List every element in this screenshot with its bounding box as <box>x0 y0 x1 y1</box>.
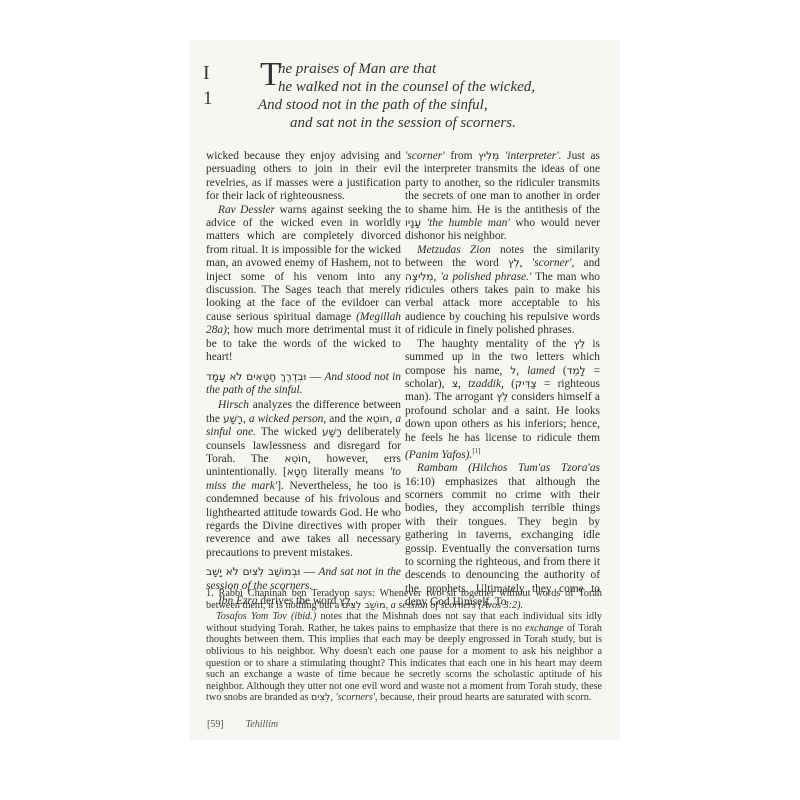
verse-line: he praises of Man are that <box>258 60 588 78</box>
hebrew-text: לֵץ <box>496 391 508 403</box>
text: lamed <box>527 365 555 377</box>
text: because, their proud hearts are saturate… <box>378 692 592 703</box>
text: , <box>516 365 527 377</box>
text: 'a polished phrase.' <box>440 271 531 283</box>
text: , <box>458 378 468 390</box>
text: 'scorner' <box>405 150 445 162</box>
paragraph: The haughty mentality of the לֵץ is summ… <box>405 338 600 462</box>
hebrew-text: צַדִּיק <box>515 378 537 390</box>
text: from <box>445 150 478 162</box>
hebrew-text: וּבְמוֹשַׁב לֵצִים לֹא יָשָׁב <box>206 566 300 578</box>
text: The haughty mentality of the <box>417 338 574 350</box>
text: and <box>574 257 600 269</box>
author-name: Rav Dessler <box>218 204 275 216</box>
footnote: 1. Rabbi Chaninah ben Teradyon says: Whe… <box>206 588 602 704</box>
footnote-paragraph: Tosafos Yom Tov (ibid.) notes that the M… <box>206 611 602 704</box>
verse-number: 1 <box>203 88 213 110</box>
text: 'scorner', <box>532 257 575 269</box>
text: 'the humble man' <box>421 217 510 229</box>
paragraph: 'scorner' from מֵלִיץ 'interpreter'. Jus… <box>405 150 600 244</box>
hebrew-text: רָשָׁע <box>223 413 243 425</box>
footnote-reference[interactable]: [1] <box>472 447 480 455</box>
paragraph: Hirsch analyzes the difference between t… <box>206 399 401 560</box>
hebrew-text: חוֹטֵא <box>284 453 308 465</box>
text: 'scorners', <box>336 692 378 703</box>
hebrew-text: מְלִיצָה <box>405 271 434 283</box>
text: exchange <box>525 623 563 634</box>
paragraph: Metzudas Zion notes the similarity betwe… <box>405 244 600 338</box>
author-name: Metzudas Zion <box>417 244 491 256</box>
hebrew-text: לֵץ <box>508 257 520 269</box>
text: of Torah thoughts between them. This imp… <box>206 623 602 704</box>
verse-line: he walked not in the counsel of the wick… <box>258 78 588 96</box>
footnote-paragraph: 1. Rabbi Chaninah ben Teradyon says: Whe… <box>206 588 602 611</box>
text: ( <box>555 365 567 377</box>
text: a session of scorners (Avos 3:2). <box>391 600 523 611</box>
hebrew-text: לֵץ <box>574 338 586 350</box>
paragraph: Rav Dessler warns against seeking the ad… <box>206 204 401 365</box>
hebrew-text: מוֹשַׁב לֵצִים <box>342 600 386 611</box>
text: — <box>300 566 318 578</box>
verse-line: And stood not in the path of the sinful, <box>258 96 588 114</box>
author-name: Rambam (Hilchos Tum'as Tzora'as <box>417 462 600 474</box>
text: , <box>520 257 532 269</box>
text: literally means <box>307 466 389 478</box>
text: warns against seeking the advice of the … <box>206 204 401 323</box>
text: 'interpreter'. <box>499 150 561 162</box>
commentary-column-right: 'scorner' from מֵלִיץ 'interpreter'. Jus… <box>405 150 600 610</box>
author-name: Tosafos Yom Tov (ibid.) <box>216 611 316 622</box>
hebrew-text: וּבְדֶרֶךְ חַטָּאִים לֹא עָמָד <box>206 371 306 383</box>
hebrew-text: חָטָא <box>287 466 308 478</box>
text: a wicked person, <box>249 413 326 425</box>
text: — <box>306 371 324 383</box>
hebrew-text: מֵלִיץ <box>478 150 499 162</box>
citation: (Panim Yafos). <box>405 449 472 461</box>
text: ( <box>504 378 515 390</box>
hebrew-text: לֵצִים <box>311 692 330 703</box>
hebrew-text: רָשָׁע <box>322 426 342 438</box>
page-number: [59] <box>207 719 224 730</box>
commentary-column-left: wicked because they enjoy advising and p… <box>206 150 401 608</box>
hebrew-text: חוֹטֵא <box>366 413 390 425</box>
text: tzaddik, <box>468 378 504 390</box>
text: and the <box>326 413 366 425</box>
author-name: Hirsch <box>218 399 249 411</box>
lemma-heading: וּבְדֶרֶךְ חַטָּאִים לֹא עָמָד — And sto… <box>206 371 401 398</box>
verse-line: and sat not in the session of scorners. <box>258 114 588 132</box>
hebrew-text: עָנָיו <box>405 217 421 229</box>
paragraph: wicked because they enjoy advising and p… <box>206 150 401 204</box>
text: ; how much more detrimental must it be t… <box>206 324 401 363</box>
chapter-number: I <box>203 60 210 86</box>
verse-text: he praises of Man are that he walked not… <box>258 60 588 132</box>
page-footer: [59]Tehillim <box>207 719 278 730</box>
text: The wicked <box>256 426 322 438</box>
book-title: Tehillim <box>246 719 278 730</box>
hebrew-text: לָמֵד <box>567 365 586 377</box>
